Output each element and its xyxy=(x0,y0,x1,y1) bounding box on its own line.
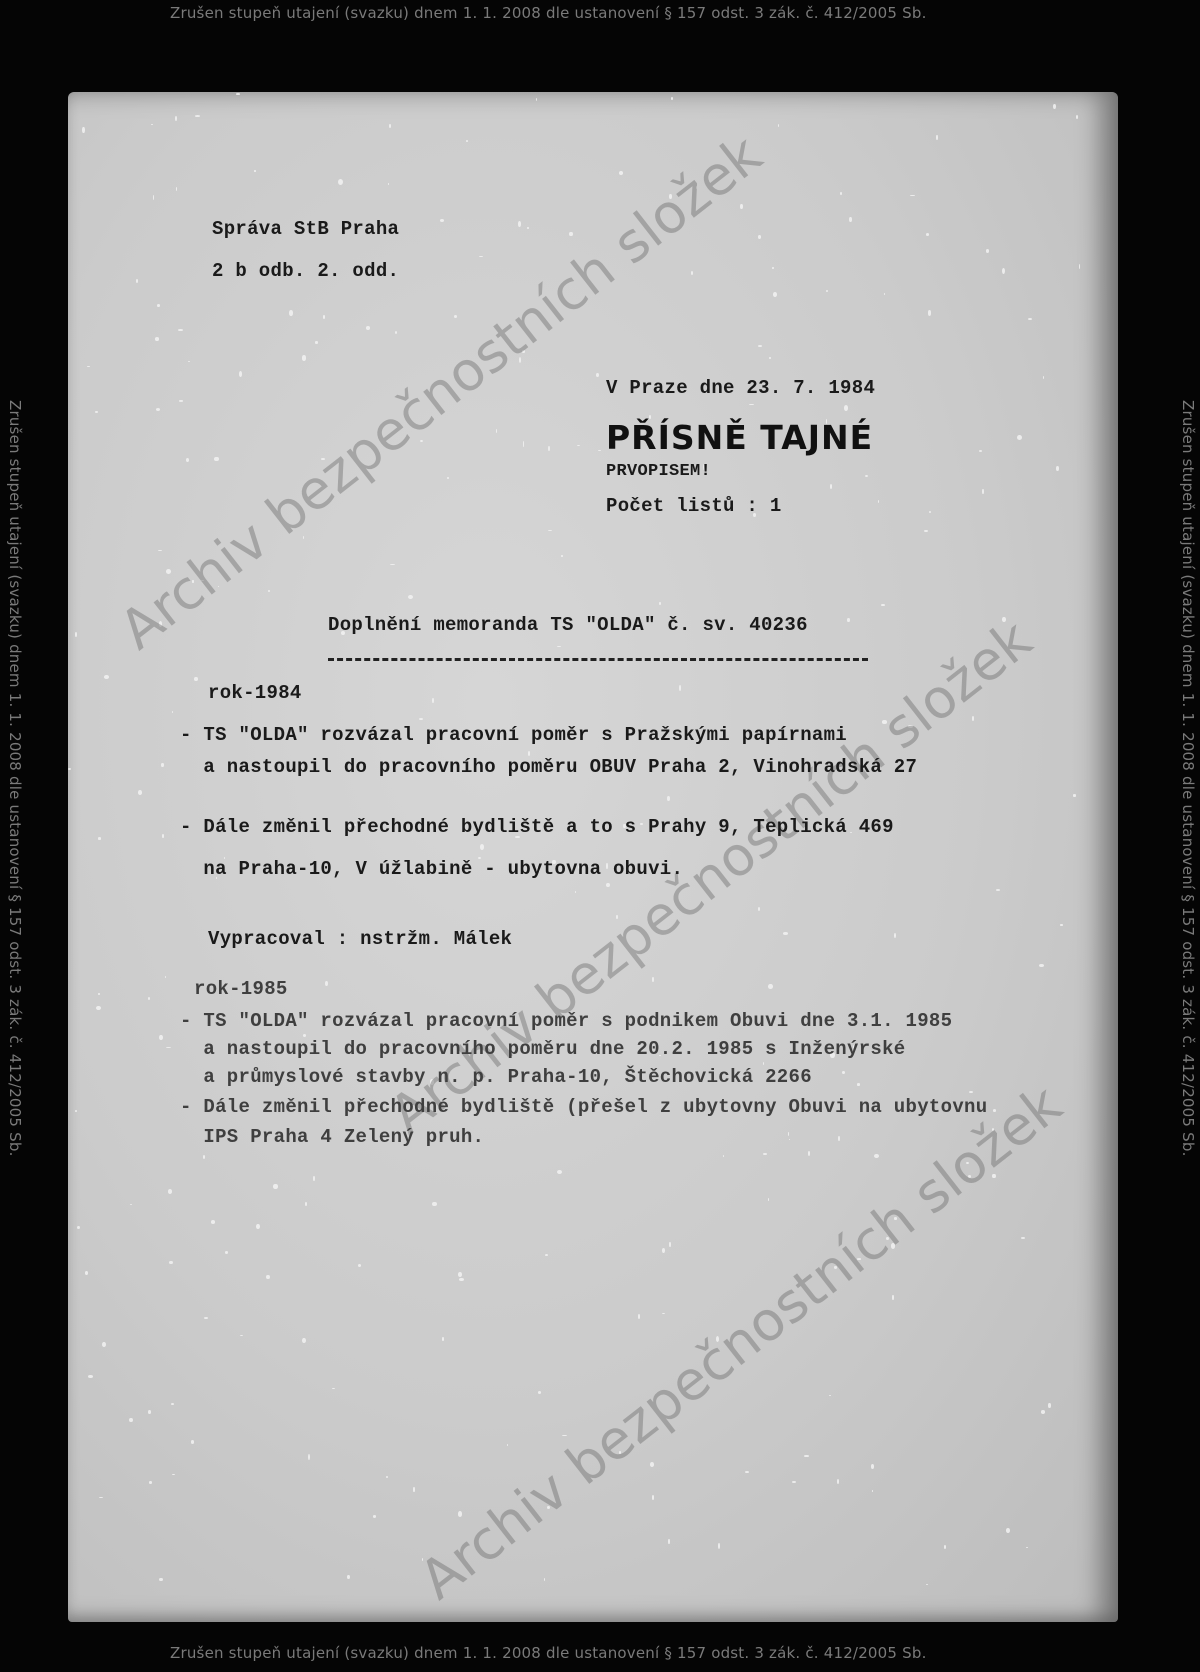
document-title: Doplnění memoranda TS "OLDA" č. sv. 4023… xyxy=(328,614,808,636)
classification-stamp: PŘÍSNĚ TAJNÉ xyxy=(606,418,873,457)
section-1985-line: IPS Praha 4 Zelený pruh. xyxy=(180,1126,484,1148)
watermark: Archiv bezpečnostních složek xyxy=(408,1073,1073,1612)
office-name: Správa StB Praha xyxy=(212,218,399,240)
title-underline xyxy=(328,658,868,661)
copy-note: PRVOPISEM! xyxy=(606,462,711,481)
section-1985-line: - TS "OLDA" rozvázal pracovní poměr s po… xyxy=(180,1010,952,1032)
sheet-count: Počet listů : 1 xyxy=(606,495,782,517)
section-1984-line: a nastoupil do pracovního poměru OBUV Pr… xyxy=(180,756,917,778)
office-department: 2 b odb. 2. odd. xyxy=(212,260,399,282)
archive-stamp-left: Zrušen stupeň utajení (svazku) dnem 1. 1… xyxy=(6,400,24,1157)
document-sheet: Archiv bezpečnostních složek Archiv bezp… xyxy=(68,92,1118,1622)
author-line: Vypracoval : nstržm. Málek xyxy=(208,928,512,950)
document-date: V Praze dne 23. 7. 1984 xyxy=(606,377,875,399)
section-1985-line: a průmyslové stavby n. p. Praha-10, Štěc… xyxy=(180,1066,812,1088)
section-1985-line: a nastoupil do pracovního poměru dne 20.… xyxy=(180,1038,906,1060)
section-1984-line: - TS "OLDA" rozvázal pracovní poměr s Pr… xyxy=(180,724,847,746)
section-1984-line: na Praha-10, V úžlabině - ubytovna obuvi… xyxy=(180,858,683,880)
archive-stamp-right: Zrušen stupeň utajení (svazku) dnem 1. 1… xyxy=(1179,400,1197,1157)
section-year-1985: rok-1985 xyxy=(194,978,288,1000)
section-year-1984: rok-1984 xyxy=(208,682,302,704)
section-1984-line: - Dále změnil přechodné bydliště a to s … xyxy=(180,816,894,838)
archive-stamp-bottom: Zrušen stupeň utajení (svazku) dnem 1. 1… xyxy=(170,1644,927,1662)
section-1985-line: - Dále změnil přechodné bydliště (přešel… xyxy=(180,1096,987,1118)
archive-stamp-top: Zrušen stupeň utajení (svazku) dnem 1. 1… xyxy=(170,4,927,22)
